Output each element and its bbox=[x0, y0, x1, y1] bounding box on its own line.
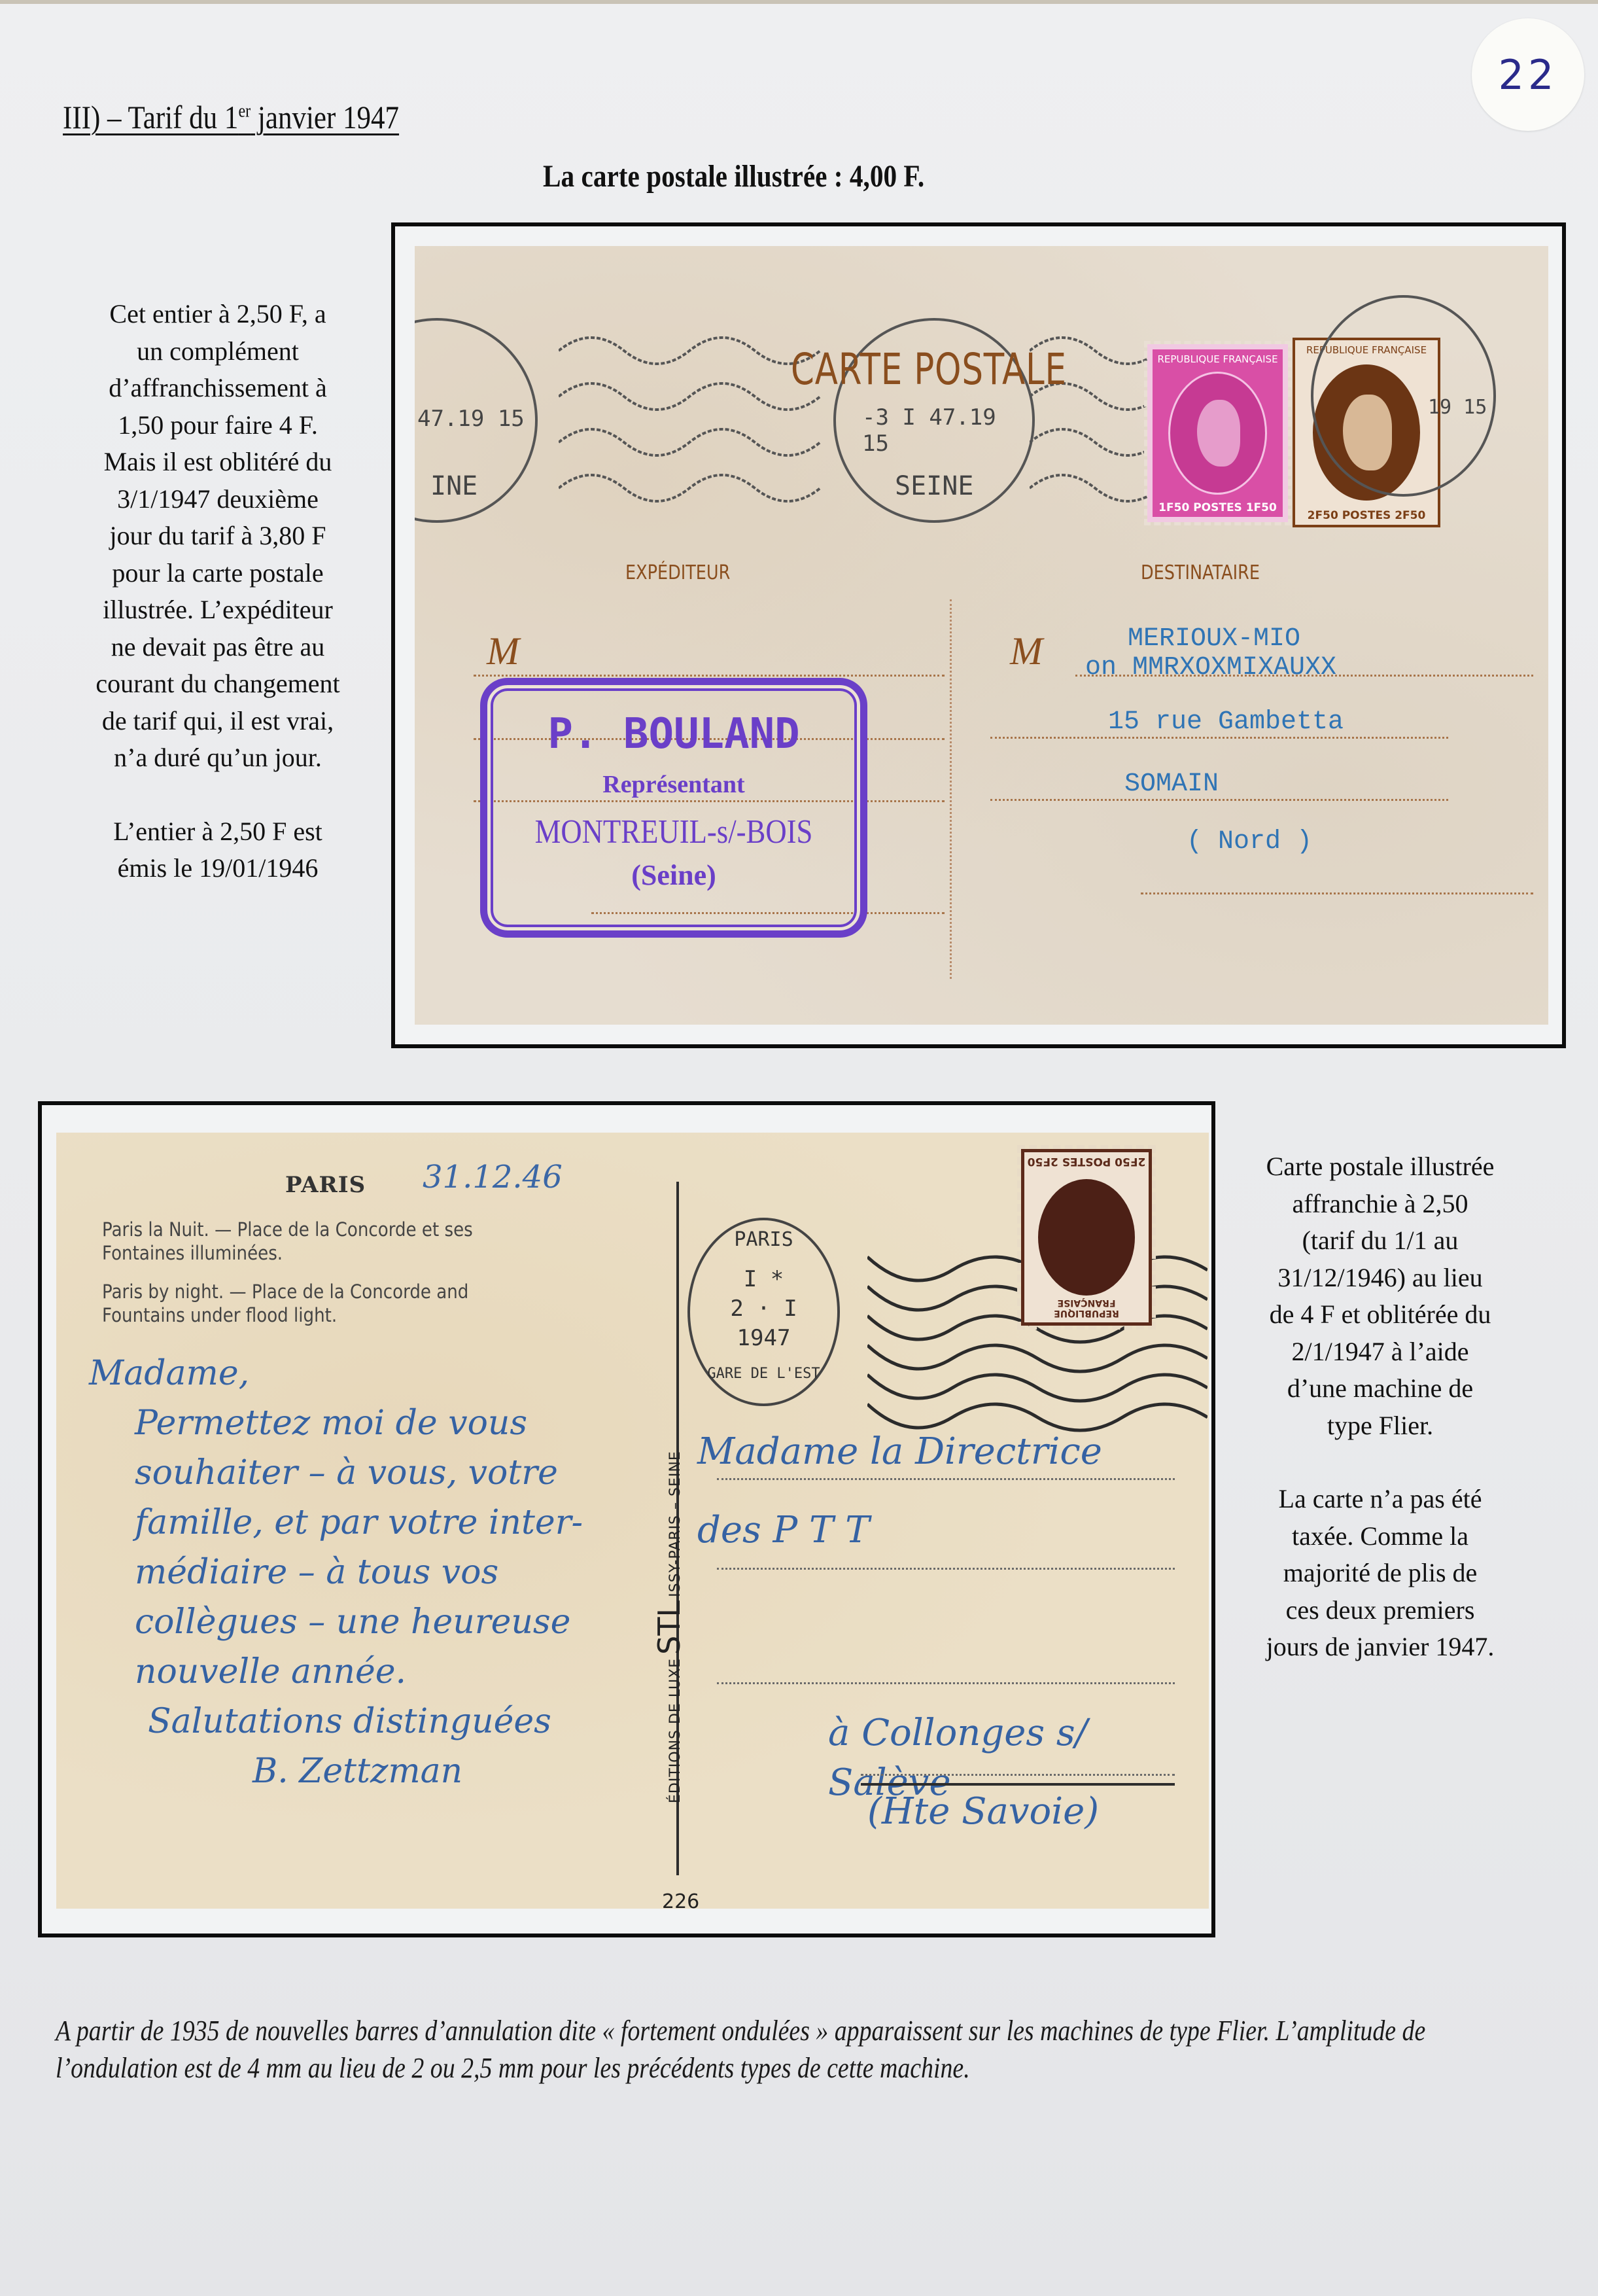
postmark-left-city: INE bbox=[430, 471, 478, 501]
page-number: 22 bbox=[1499, 51, 1558, 99]
text-line: n’a duré qu’un jour. bbox=[58, 739, 378, 777]
ceres-portrait-icon bbox=[1036, 1177, 1137, 1298]
publisher-location: ISSY-PARIS – SEINE bbox=[667, 1451, 684, 1597]
right-description: Carte postale illustréeaffranchie à 2,50… bbox=[1230, 1148, 1531, 1666]
text-line: Mais il est oblitéré du bbox=[58, 444, 378, 481]
text-line: de tarif qui, il est vrai, bbox=[58, 703, 378, 740]
section-title-sup: er bbox=[238, 101, 251, 121]
postmark-paris-gare-de-lest: PARIS I * 2 · I 1947 GARE DE L'EST bbox=[687, 1218, 840, 1406]
recipient-address-line-1: Madame la Directrice bbox=[697, 1427, 1102, 1477]
left-description-p2: L’entier à 2,50 F estémis le 19/01/1946 bbox=[58, 813, 378, 887]
footnote: A partir de 1935 de nouvelles barres d’a… bbox=[56, 2012, 1546, 2087]
right-description-p1: Carte postale illustréeaffranchie à 2,50… bbox=[1230, 1148, 1531, 1444]
postmark-right: 19 15 bbox=[1311, 295, 1496, 497]
postmark-bottom: GARE DE L'EST bbox=[690, 1366, 837, 1382]
page-subtitle: La carte postale illustrée : 4,00 F. bbox=[543, 158, 924, 194]
stamp-value: 1F50 POSTES 1F50 bbox=[1153, 501, 1283, 514]
illustrated-postcard: PARIS 31.12.46 Paris la Nuit. — Place de… bbox=[56, 1133, 1209, 1909]
right-description-p2: La carte n’a pas ététaxée. Comme lamajor… bbox=[1230, 1481, 1531, 1666]
text-line: d’affranchissement à bbox=[58, 370, 378, 407]
text-line: B. Zettzman bbox=[89, 1746, 651, 1796]
text-line: collègues – une heureuse bbox=[89, 1597, 651, 1647]
sender-line bbox=[474, 675, 945, 677]
text-line: Salutations distinguées bbox=[89, 1697, 651, 1746]
address-line-2: on MMRXOXMIXAUXX bbox=[1085, 653, 1336, 682]
left-description: Cet entier à 2,50 F, aun complémentd’aff… bbox=[58, 296, 378, 887]
caption-english: Paris by night. — Place de la Concorde a… bbox=[102, 1280, 468, 1327]
caption-french: Paris la Nuit. — Place de la Concorde et… bbox=[102, 1218, 473, 1265]
carte-postale-heading: CARTE POSTALE bbox=[791, 344, 1067, 395]
stamp-header: REPUBLIQUE FRANÇAISE bbox=[1153, 353, 1283, 365]
sender-name: P. BOULAND bbox=[487, 710, 860, 758]
sender-city: MONTREUIL-s/-BOIS bbox=[513, 813, 834, 851]
address-line bbox=[717, 1568, 1175, 1570]
card-divider bbox=[950, 599, 952, 979]
text-line: affranchie à 2,50 bbox=[1230, 1186, 1531, 1223]
text-line: 3/1/1947 deuxième bbox=[58, 481, 378, 518]
m-prefix-sender: M bbox=[487, 629, 519, 674]
sender-department: (Seine) bbox=[487, 858, 860, 892]
publisher-imprint: ÉDITIONS DE LUXE STL ISSY-PARIS – SEINE bbox=[651, 1451, 687, 1803]
left-description-p1: Cet entier à 2,50 F, aun complémentd’aff… bbox=[58, 296, 378, 777]
text-line: Carte postale illustrée bbox=[1230, 1148, 1531, 1186]
handwritten-message: Madame,Permettez moi de voussouhaiter – … bbox=[89, 1349, 651, 1796]
card-number: 226 bbox=[662, 1890, 699, 1909]
sender-rubber-stamp: P. BOULAND Représentant MONTREUIL-s/-BOI… bbox=[480, 678, 867, 938]
address-line-3: 15 rue Gambetta bbox=[1108, 707, 1344, 737]
postal-stationery-card: 47.19 15 INE -3 I 47.19 15 SEINE CARTE bbox=[415, 246, 1548, 1025]
text-line: de 4 F et oblitérée du bbox=[1230, 1296, 1531, 1333]
text-line: d’une machine de bbox=[1230, 1370, 1531, 1407]
text-line: Permettez moi de vous bbox=[89, 1398, 651, 1448]
top-card-mount: 47.19 15 INE -3 I 47.19 15 SEINE CARTE bbox=[391, 222, 1566, 1048]
text-line: jours de janvier 1947. bbox=[1230, 1629, 1531, 1666]
card-city-heading: PARIS bbox=[285, 1172, 366, 1198]
publisher-line1: ÉDITIONS DE LUXE bbox=[667, 1658, 684, 1803]
text-line: taxée. Comme la bbox=[1230, 1518, 1531, 1555]
text-line: (tarif du 1/1 au bbox=[1230, 1222, 1531, 1260]
recipient-label: DESTINATAIRE bbox=[1141, 561, 1260, 584]
text-line: 1,50 pour faire 4 F. bbox=[58, 407, 378, 444]
postmark-line1: I * bbox=[690, 1266, 837, 1292]
text-line: famille, et par votre inter- bbox=[89, 1498, 651, 1547]
text-line: 2/1/1947 à l’aide bbox=[1230, 1333, 1531, 1371]
recipient-address-line-4: (Hte Savoie) bbox=[867, 1787, 1099, 1837]
text-line: un complément bbox=[58, 333, 378, 370]
postmark-left: 47.19 15 INE bbox=[415, 318, 538, 523]
section-title-suffix: janvier 1947 bbox=[251, 99, 399, 135]
text-line: Madame, bbox=[89, 1349, 651, 1398]
publisher-brand: STL bbox=[651, 1600, 687, 1655]
text-line: La carte n’a pas été bbox=[1230, 1481, 1531, 1518]
text-line: Cet entier à 2,50 F, a bbox=[58, 296, 378, 333]
text-line: courant du changement bbox=[58, 665, 378, 703]
stamp-1f50-pink: REPUBLIQUE FRANÇAISE 1F50 POSTES 1F50 bbox=[1147, 344, 1288, 522]
text-line: majorité de plis de bbox=[1230, 1555, 1531, 1592]
postmark-center-date: -3 I 47.19 15 bbox=[862, 404, 1032, 457]
section-title-prefix: III) – Tarif du 1 bbox=[63, 99, 238, 135]
page-top-edge bbox=[0, 0, 1598, 4]
text-line: pour la carte postale bbox=[58, 555, 378, 592]
postmark-center-city: SEINE bbox=[895, 471, 973, 501]
m-prefix-recipient: M bbox=[1010, 629, 1043, 674]
text-line: Fontaines illuminées. bbox=[102, 1241, 473, 1265]
text-line: ne devait pas être au bbox=[58, 629, 378, 666]
address-line-5: ( Nord ) bbox=[1187, 827, 1312, 857]
text-line: type Flier. bbox=[1230, 1407, 1531, 1445]
stamp-2f50-inverted: REPUBLIQUE FRANÇAISE 2F50 POSTES 2F50 bbox=[1021, 1149, 1152, 1326]
postmark-line2: 2 · I bbox=[690, 1296, 837, 1322]
postmark-left-date: 47.19 15 bbox=[417, 406, 525, 432]
text-line: 31/12/1946) au lieu bbox=[1230, 1260, 1531, 1297]
handwritten-date: 31.12.46 bbox=[423, 1159, 563, 1195]
address-underline bbox=[861, 1783, 1175, 1786]
recipient-address-line-2: des P T T bbox=[697, 1506, 870, 1555]
recipient-line bbox=[990, 737, 1448, 739]
recipient-line bbox=[990, 799, 1448, 801]
recipient-line bbox=[1141, 892, 1533, 894]
bottom-card-mount: PARIS 31.12.46 Paris la Nuit. — Place de… bbox=[38, 1101, 1215, 1937]
ceres-portrait-icon bbox=[1168, 372, 1267, 495]
text-line: nouvelle année. bbox=[89, 1647, 651, 1697]
text-line: Paris la Nuit. — Place de la Concorde et… bbox=[102, 1218, 473, 1241]
text-line: ces deux premiers bbox=[1230, 1592, 1531, 1629]
sender-role: Représentant bbox=[487, 770, 860, 799]
text-line: médiaire – à tous vos bbox=[89, 1547, 651, 1597]
text-line: souhaiter – à vous, votre bbox=[89, 1448, 651, 1498]
text-line: L’entier à 2,50 F est bbox=[58, 813, 378, 851]
stamp-header: REPUBLIQUE FRANÇAISE bbox=[1024, 1298, 1149, 1318]
sender-label: EXPÉDITEUR bbox=[625, 561, 730, 584]
stamp-value: 2F50 POSTES 2F50 bbox=[1295, 509, 1438, 522]
address-line-1: MERIOUX-MIO bbox=[1128, 624, 1300, 654]
address-line bbox=[717, 1478, 1175, 1480]
address-line-4: SOMAIN bbox=[1124, 769, 1219, 799]
text-line: Paris by night. — Place de la Concorde a… bbox=[102, 1280, 468, 1303]
address-line bbox=[861, 1774, 1175, 1776]
text-line: jour du tarif à 3,80 F bbox=[58, 518, 378, 555]
text-line: émis le 19/01/1946 bbox=[58, 850, 378, 887]
page-number-badge: 22 bbox=[1472, 18, 1584, 131]
postmark-right-date: 19 15 bbox=[1428, 396, 1487, 419]
text-line: Fountains under flood light. bbox=[102, 1303, 468, 1327]
text-line: illustrée. L’expéditeur bbox=[58, 592, 378, 629]
section-title: III) – Tarif du 1er janvier 1947 bbox=[63, 98, 399, 136]
postmark-year: 1947 bbox=[690, 1325, 837, 1351]
postmark-top: PARIS bbox=[690, 1228, 837, 1251]
stamp-value: 2F50 POSTES 2F50 bbox=[1024, 1155, 1149, 1168]
address-line bbox=[717, 1682, 1175, 1684]
